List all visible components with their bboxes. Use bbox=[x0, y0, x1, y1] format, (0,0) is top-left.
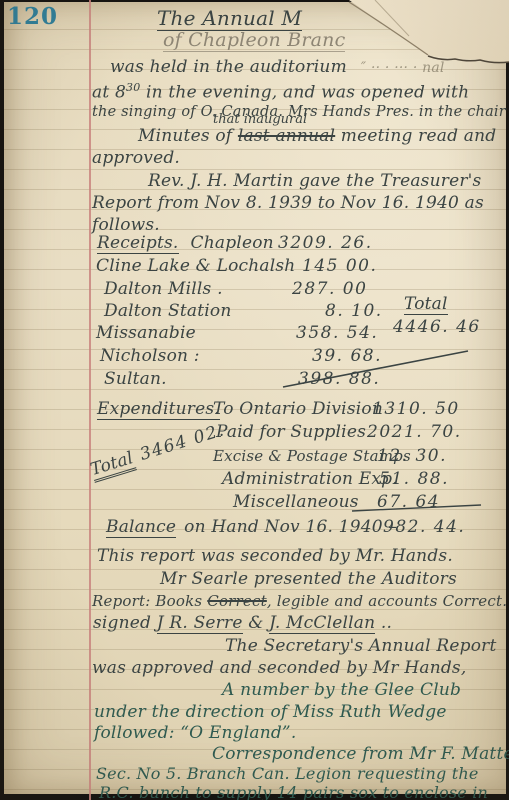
auditors-line-1: Mr Searle presented the Auditors bbox=[160, 569, 457, 589]
receipt-label: Missanabie bbox=[96, 323, 196, 343]
balance-label: Balance bbox=[106, 517, 176, 538]
expenditures-heading-text: Expenditures. bbox=[97, 399, 220, 420]
receipts-total-label-text: Total bbox=[404, 294, 448, 315]
auditors-pre: Report: Books bbox=[92, 592, 207, 610]
receipt-label: Nicholson : bbox=[100, 346, 200, 366]
auditors-line-2: Report: Books Correct, legible and accou… bbox=[92, 592, 507, 610]
signature-name-1: J R. Serre bbox=[157, 613, 243, 634]
time-superscript: 30 bbox=[126, 81, 140, 94]
signature-trailing-dots: .. bbox=[375, 613, 392, 633]
expenditure-amount: 1310. 50 bbox=[372, 399, 460, 419]
secretary-report-line-1: The Secretary's Annual Report bbox=[225, 636, 497, 656]
receipt-amount: 39. 68. bbox=[312, 346, 382, 366]
time-text: at 8 bbox=[92, 83, 126, 103]
receipt-label: Dalton Mills . bbox=[104, 279, 223, 299]
receipt-amount: 3209. 26. bbox=[278, 233, 373, 253]
red-margin-line bbox=[89, 0, 91, 800]
signed-text: signed bbox=[93, 613, 157, 633]
page-title-line2: of Chapleon Branc bbox=[163, 29, 345, 51]
opening-line-1-text: was held in the auditorium bbox=[110, 57, 347, 77]
branch-title-text: of Chapleon Branc bbox=[163, 29, 345, 52]
receipt-amount: 287. 00 bbox=[292, 279, 367, 299]
receipt-label: Dalton Station bbox=[104, 301, 232, 321]
receipt-amount: 145 00. bbox=[302, 256, 377, 276]
opening-line-2-text: in the evening, and was opened with bbox=[140, 83, 469, 103]
glee-club-line-3: followed: “O England”. bbox=[94, 723, 296, 743]
glee-club-line-2: under the direction of Miss Ruth Wedge bbox=[94, 702, 447, 722]
receipt-amount: 398. 88. bbox=[298, 369, 380, 389]
expenditures-heading: Expenditures. bbox=[97, 399, 220, 419]
expenditure-label: Miscellaneous bbox=[233, 492, 359, 512]
ampersand: & bbox=[243, 613, 270, 633]
minutes-pre: Minutes of bbox=[138, 126, 238, 146]
expenditure-label: Administration Exp. bbox=[222, 469, 398, 489]
treasurer-line-1: Rev. J. H. Martin gave the Treasurer's bbox=[148, 171, 481, 191]
opening-line-4: Minutes of last annual meeting read and bbox=[138, 126, 496, 146]
expenditure-amount: 67. 64 bbox=[377, 492, 440, 512]
expenditure-amount: 12. 30. bbox=[377, 446, 447, 466]
page-number: 120 bbox=[7, 3, 58, 30]
receipts-total-label: Total bbox=[404, 294, 448, 314]
treasurer-line-2: Report from Nov 8. 1939 to Nov 16. 1940 … bbox=[92, 193, 484, 213]
receipt-amount: 8. 10. bbox=[325, 301, 383, 321]
scanned-minutes-page: 120 The Annual M of Chapleon Branc was h… bbox=[0, 0, 509, 800]
balance-text: on Hand Nov 16. 1940 – bbox=[184, 517, 397, 537]
receipts-heading: Receipts. bbox=[97, 233, 179, 254]
correspondence-line-2: Sec. No 5. Branch Can. Legion requesting… bbox=[96, 764, 479, 783]
struck-words: last annual bbox=[238, 126, 335, 146]
glee-club-line-1: A number by the Glee Club bbox=[222, 680, 461, 700]
treasurer-line-3: follows. bbox=[92, 215, 160, 235]
expenditure-label: Paid for Supplies bbox=[216, 422, 366, 442]
expenditure-amount: 2021. 70. bbox=[367, 422, 462, 442]
expenditure-label: To Ontario Division bbox=[213, 399, 383, 419]
page-title-text: The Annual M bbox=[157, 6, 302, 31]
expenditure-amount: 51. 88. bbox=[379, 469, 449, 489]
correspondence-line-3: R.C. bunch to supply 14 pairs sox to enc… bbox=[99, 783, 488, 800]
balance-line: Balanceon Hand Nov 16. 1940 – bbox=[106, 517, 397, 537]
correspondence-line-1: Correspondence from Mr F. Matters bbox=[212, 744, 509, 764]
receipts-row-0: Receipts.Chapleon bbox=[97, 233, 274, 253]
receipts-total-amount: 4446. 46 bbox=[393, 317, 481, 337]
receipt-label: Sultan. bbox=[104, 369, 167, 389]
opening-line-5: approved. bbox=[92, 148, 180, 168]
opening-line-1: was held in the auditorium″ ·· · ··· · n… bbox=[110, 57, 445, 77]
auditors-post: , legible and accounts Correct. bbox=[267, 592, 507, 610]
opening-line-2: at 830 in the evening, and was opened wi… bbox=[92, 81, 469, 103]
report-seconded-line: This report was seconded by Mr. Hands. bbox=[97, 546, 453, 566]
faded-torn-text: ″ ·· · ··· · nal bbox=[361, 60, 445, 76]
page-title-line1: The Annual M bbox=[157, 6, 302, 30]
inserted-correction: that inaugural bbox=[213, 112, 307, 127]
secretary-report-line-2: was approved and seconded by Mr Hands, bbox=[92, 658, 466, 678]
minutes-post: meeting read and bbox=[335, 126, 496, 146]
balance-amount: 982. 44. bbox=[383, 517, 465, 537]
signature-name-2: J. McClellan bbox=[269, 613, 375, 634]
signatures-line: signed J R. Serre & J. McClellan .. bbox=[93, 613, 392, 633]
receipt-label: Cline Lake & Lochalsh bbox=[96, 256, 295, 276]
receipt-amount: 358. 54. bbox=[296, 323, 378, 343]
struck-word: Correct bbox=[207, 592, 267, 610]
receipt-label: Chapleon bbox=[191, 233, 274, 253]
